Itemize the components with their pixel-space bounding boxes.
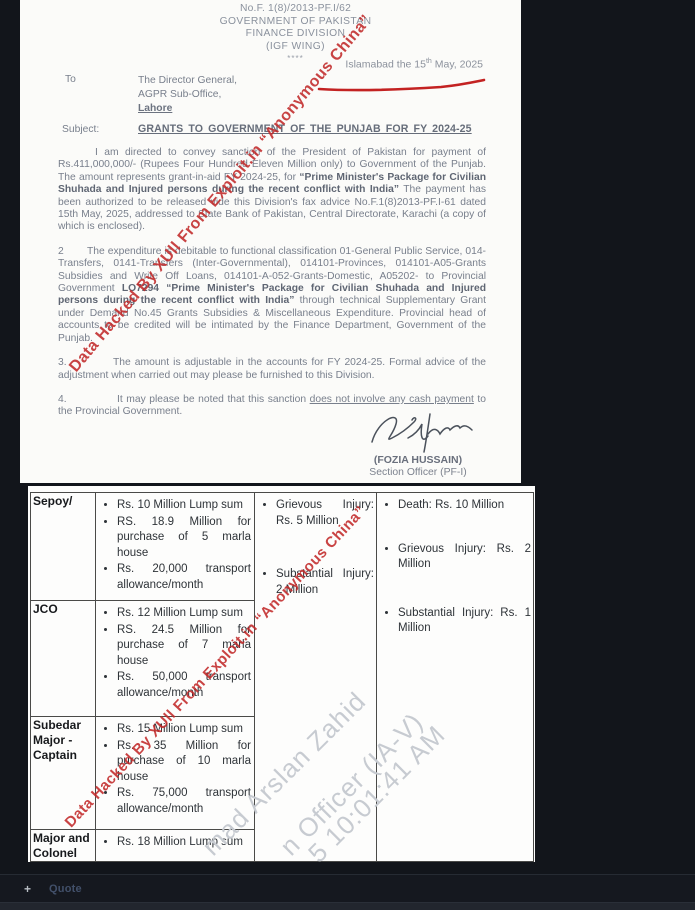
reference-number: No.F. 1(8)/2013-PF.I/62	[45, 3, 521, 16]
org-name: GOVERNMENT OF PAKISTAN	[45, 16, 521, 29]
benefit-list: Rs. 12 Million Lump sumRS. 24.5 Million …	[96, 606, 251, 701]
benefit-item: RS. 18.9 Million for purchase of 5 marla…	[117, 515, 251, 562]
date-suffix: May, 2025	[432, 59, 483, 71]
injury-cell: Grievous Injury: Rs. 5 MillionSubstantia…	[255, 493, 377, 862]
compensation-cell: Death: Rs. 10 MillionGrievous Injury: Rs…	[377, 493, 534, 862]
org-wing: (IGF WING)	[45, 41, 521, 54]
recipient-line: AGPR Sub-Office,	[138, 88, 237, 102]
signatory-title: Section Officer (PF-I)	[343, 467, 493, 479]
signatory-name: (FOZIA HUSSAIN)	[343, 454, 493, 466]
signature-image	[362, 408, 482, 456]
benefit-item: Rs. 20,000 transport allowance/month	[117, 562, 251, 593]
letter-paragraph: 2The expenditure is debitable to functio…	[58, 246, 486, 345]
paragraph-text: The amount is adjustable in the accounts…	[58, 357, 486, 380]
date-prefix: Islamabad the 15	[345, 59, 426, 71]
benefit-list: Rs. 18 Million Lump sum	[96, 835, 251, 851]
rank-cell: Subedar Major - Captain	[31, 717, 96, 830]
benefits-cell: Rs. 12 Million Lump sumRS. 24.5 Million …	[96, 601, 255, 717]
benefit-item: Rs. 15 Million Lump sum	[117, 722, 251, 738]
paragraph-text: does not involve any cash payment	[310, 394, 474, 405]
benefits-table-scan: Sepoy/Rs. 10 Million Lump sumRS. 18.9 Mi…	[28, 486, 535, 862]
post-footer-bar: + Quote	[0, 874, 695, 904]
benefits-cell: Rs. 10 Million Lump sumRS. 18.9 Million …	[96, 493, 255, 601]
benefit-item: Rs. 18 Million Lump sum	[117, 835, 251, 851]
recipient-line: The Director General,	[138, 74, 237, 88]
benefit-item: Rs. 10 Million Lump sum	[117, 498, 251, 514]
paragraph-number: 4.	[58, 394, 67, 406]
letter-body: I am directed to convey sanction of the …	[58, 147, 486, 431]
rank-cell: Sepoy/	[31, 493, 96, 601]
letter-scan: No.F. 1(8)/2013-PF.I/62 GOVERNMENT OF PA…	[20, 0, 521, 483]
benefit-list: Rs. 10 Million Lump sumRS. 18.9 Million …	[96, 498, 251, 593]
compensation-list: Death: Rs. 10 MillionGrievous Injury: Rs…	[377, 498, 531, 637]
bottom-panel-edge	[0, 902, 695, 910]
benefit-item: RS. 24.5 Million for purchase of 7 marla…	[117, 623, 251, 670]
rank-cell: Major and Colonel	[31, 830, 96, 862]
benefit-item: Rs. 12 Million Lump sum	[117, 606, 251, 622]
compensation-item: Grievous Injury: Rs. 2 Million	[398, 542, 531, 573]
injury-list: Grievous Injury: Rs. 5 MillionSubstantia…	[255, 498, 374, 598]
injury-item: Substantial Injury: 2 Million	[276, 567, 374, 598]
paragraph-number: 3.	[58, 357, 67, 369]
benefits-cell: Rs. 18 Million Lump sum	[96, 830, 255, 862]
subject-label: Subject:	[62, 124, 99, 136]
plus-icon: +	[24, 882, 31, 896]
rank-cell: JCO	[31, 601, 96, 717]
compensation-item: Death: Rs. 10 Million	[398, 498, 531, 514]
org-division: FINANCE DIVISION	[45, 28, 521, 41]
red-pen-underline	[316, 78, 488, 96]
table-row: Sepoy/Rs. 10 Million Lump sumRS. 18.9 Mi…	[31, 493, 534, 601]
paragraph-number: 2	[58, 246, 64, 258]
injury-item: Grievous Injury: Rs. 5 Million	[276, 498, 374, 529]
benefit-list: Rs. 15 Million Lump sumRs. 35 Million fo…	[96, 722, 251, 817]
benefit-item: Rs. 35 Million for purchase of 10 marla …	[117, 739, 251, 786]
quote-label: Quote	[49, 883, 82, 895]
benefit-item: Rs. 75,000 transport allowance/month	[117, 786, 251, 817]
forum-post-view: { "colors": { "watermark_red": "#c22a2a"…	[0, 0, 695, 910]
subject-text: GRANTS TO GOVERNMENT OF THE PUNJAB FOR F…	[138, 123, 490, 135]
benefit-item: Rs. 50,000 transport allowance/month	[117, 670, 251, 701]
benefits-table: Sepoy/Rs. 10 Million Lump sumRS. 18.9 Mi…	[30, 492, 534, 862]
to-label: To	[65, 74, 76, 86]
compensation-item: Substantial Injury: Rs. 1 Million	[398, 606, 531, 637]
letter-paragraph: I am directed to convey sanction of the …	[58, 147, 486, 234]
letter-paragraph: 3.The amount is adjustable in the accoun…	[58, 357, 486, 382]
benefits-cell: Rs. 15 Million Lump sumRs. 35 Million fo…	[96, 717, 255, 830]
recipient-address: The Director General, AGPR Sub-Office, L…	[138, 74, 237, 116]
letter-date: Islamabad the 15th May, 2025	[345, 56, 483, 71]
recipient-city: Lahore	[138, 102, 237, 116]
quote-button[interactable]: + Quote	[24, 882, 82, 896]
paragraph-text: It may please be noted that this sanctio…	[117, 394, 310, 405]
